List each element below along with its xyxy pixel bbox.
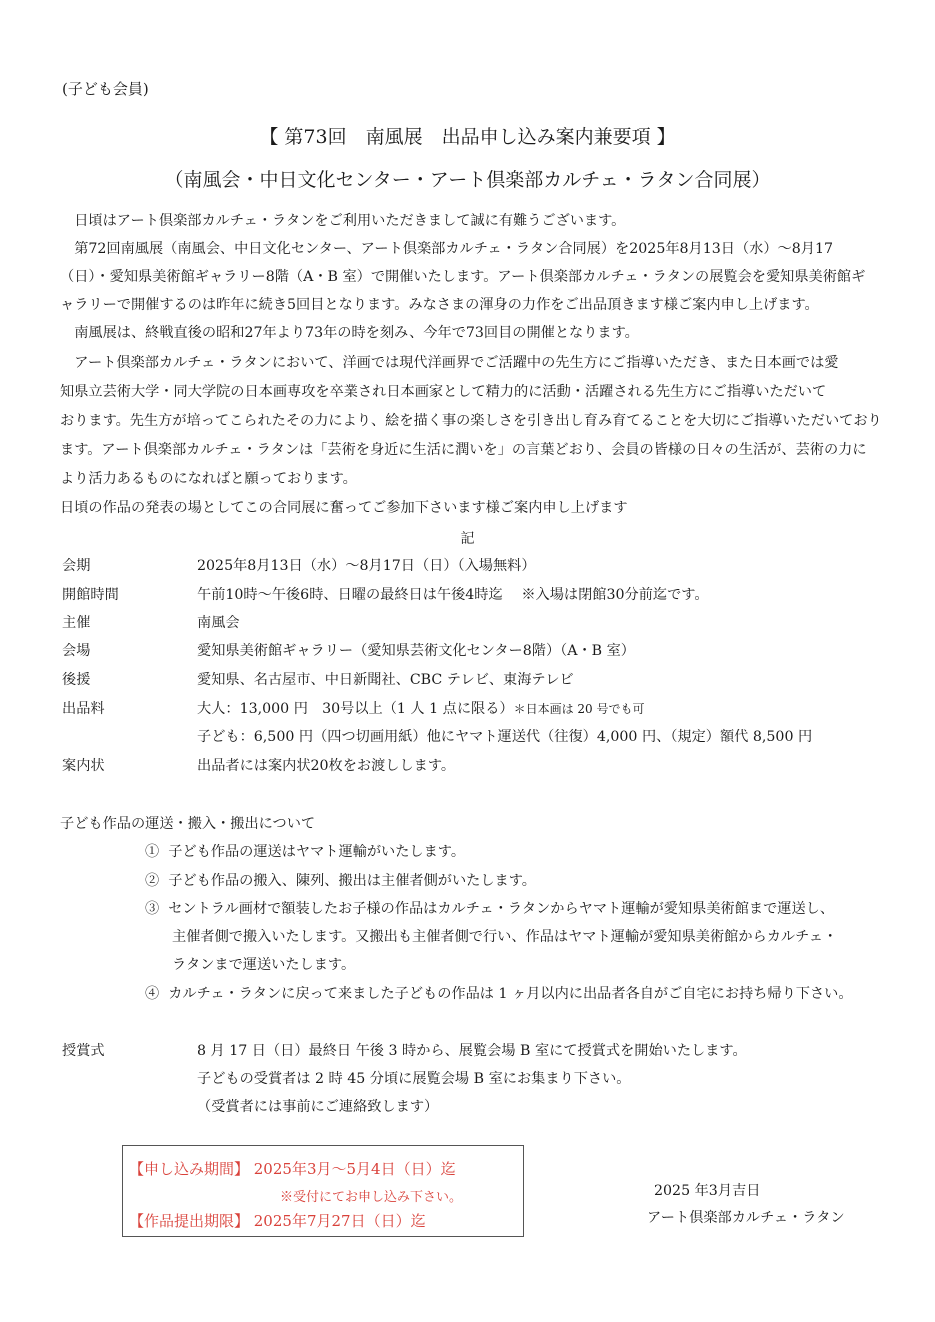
document-title: 【 第73回 南風展 出品申し込み案内兼要項 】 — [0, 122, 935, 149]
intro-line: 南風展は、終戦直後の昭和27年より73年の時を刻み、今年で73回目の開催となりま… — [60, 322, 639, 342]
intro-line: （日）・愛知県美術館ギャラリー8階（A・B 室）で開催いたします。アート倶楽部カ… — [60, 266, 865, 286]
intro-line: 知県立芸術大学・同大学院の日本画専攻を卒業され日本画家として精力的に活動・活躍さ… — [60, 381, 826, 401]
item-number: ④ — [145, 986, 159, 1002]
detail-value: 子ども：6,500 円（四つ切画用紙）他にヤマト運送代（往復）4,000 円、（… — [197, 726, 812, 746]
item-text: セントラル画材で額装したお子様の作品はカルチェ・ラタンからヤマト運輸が愛知県美術… — [168, 901, 834, 917]
intro-line: 日頃の作品の発表の場としてこの合同展に奮ってご参加下さいます様ご案内申し上げます — [60, 497, 628, 517]
award-line: 子どもの受賞者は 2 時 45 分頃に展覧会場 B 室にお集まり下さい。 — [197, 1068, 630, 1088]
transport-item: ② 子ども作品の搬入、陳列、搬出は主催者側がいたします。 — [145, 870, 536, 890]
item-number: ① — [145, 844, 159, 860]
issuer-organization: アート倶楽部カルチェ・ラタン — [647, 1207, 845, 1227]
detail-label: 開館時間 — [62, 584, 119, 604]
item-text: 子ども作品の搬入、陳列、搬出は主催者側がいたします。 — [168, 873, 536, 889]
transport-item: ④ カルチェ・ラタンに戻って来ました子どもの作品は 1 ヶ月以内に出品者各自がご… — [145, 983, 853, 1003]
transport-item: ③ セントラル画材で額装したお子様の作品はカルチェ・ラタンからヤマト運輸が愛知県… — [145, 898, 834, 918]
document-subtitle: （南風会・中日文化センター・アート倶楽部カルチェ・ラタン合同展） — [0, 165, 935, 192]
deadline-box: 【申し込み期間】 2025年3月～5月4日（日）迄 ※受付にてお申し込み下さい。… — [122, 1145, 524, 1237]
detail-value: 2025年8月13日（水）～8月17日（日）（入場無料） — [197, 555, 536, 575]
application-period: 【申し込み期間】 2025年3月～5月4日（日）迄 — [129, 1158, 456, 1179]
item-number: ② — [145, 873, 159, 889]
submission-deadline: 【作品提出期限】 2025年7月27日（日）迄 — [129, 1210, 426, 1231]
detail-label: 後援 — [62, 669, 90, 689]
reception-note: ※受付にてお申し込み下さい。 — [280, 1186, 462, 1205]
fee-adult: 大人：13,000 円 30号以上（1 人 1 点に限る） — [197, 701, 514, 717]
detail-value: 出品者には案内状20枚をお渡しします。 — [197, 755, 455, 775]
detail-value: 大人：13,000 円 30号以上（1 人 1 点に限る）＊日本画は 20 号で… — [197, 698, 645, 718]
transport-heading: 子ども作品の運送・搬入・搬出について — [60, 813, 315, 833]
detail-value: 愛知県、名古屋市、中日新聞社、CBC テレビ、東海テレビ — [197, 669, 574, 689]
detail-label: 会場 — [62, 640, 90, 660]
award-label: 授賞式 — [62, 1040, 105, 1060]
intro-line: アート倶楽部カルチェ・ラタンにおいて、洋画では現代洋画界でご活躍中の先生方にご指… — [60, 352, 838, 372]
intro-line: ます。アート倶楽部カルチェ・ラタンは「芸術を身近に生活に潤いを」の言葉どおり、会… — [60, 439, 867, 459]
detail-label: 主催 — [62, 612, 90, 632]
intro-line: ャラリーで開催するのは昨年に続き5回目となります。みなさまの渾身の力作をご出品頂… — [60, 294, 819, 314]
item-text: カルチェ・ラタンに戻って来ました子どもの作品は 1 ヶ月以内に出品者各自がご自宅… — [168, 986, 852, 1002]
detail-label: 出品料 — [62, 698, 105, 718]
detail-label: 会期 — [62, 555, 90, 575]
issue-date: 2025 年3月吉日 — [654, 1180, 760, 1200]
intro-line: より活力あるものになればと願っております。 — [60, 468, 357, 488]
detail-label: 案内状 — [62, 755, 105, 775]
detail-value: 南風会 — [197, 612, 240, 632]
intro-line: おります。先生方が培ってこられたその力により、絵を描く事の楽しさを引き出し育み育… — [60, 410, 882, 430]
award-line: （受賞者には事前にご連絡致します） — [197, 1096, 438, 1116]
item-number: ③ — [145, 901, 159, 917]
intro-line: 第72回南風展（南風会、中日文化センター、アート倶楽部カルチェ・ラタン合同展）を… — [60, 238, 833, 258]
detail-value: 愛知県美術館ギャラリー（愛知県芸術文化センター8階）（A・B 室） — [197, 640, 635, 660]
fee-note: ＊日本画は 20 号でも可 — [514, 702, 645, 716]
ki-heading: 記 — [0, 528, 935, 548]
item-text: 子ども作品の運送はヤマト運輸がいたします。 — [168, 844, 465, 860]
intro-line: 日頃はアート倶楽部カルチェ・ラタンをご利用いただきまして誠に有難うございます。 — [60, 210, 625, 230]
award-line: 8 月 17 日（日）最終日 午後 3 時から、展覧会場 B 室にて授賞式を開始… — [197, 1040, 747, 1060]
item-text-cont: ラタンまで運送いたします。 — [172, 954, 355, 974]
member-type-label: (子ども会員) — [62, 78, 149, 99]
detail-value: 午前10時～午後6時、日曜の最終日は午後4時迄 ※入場は閉館30分前迄です。 — [197, 584, 709, 604]
item-text-cont: 主催者側で搬入いたします。又搬出も主催者側で行い、作品はヤマト運輸が愛知県美術館… — [172, 926, 837, 946]
transport-item: ① 子ども作品の運送はヤマト運輸がいたします。 — [145, 841, 465, 861]
